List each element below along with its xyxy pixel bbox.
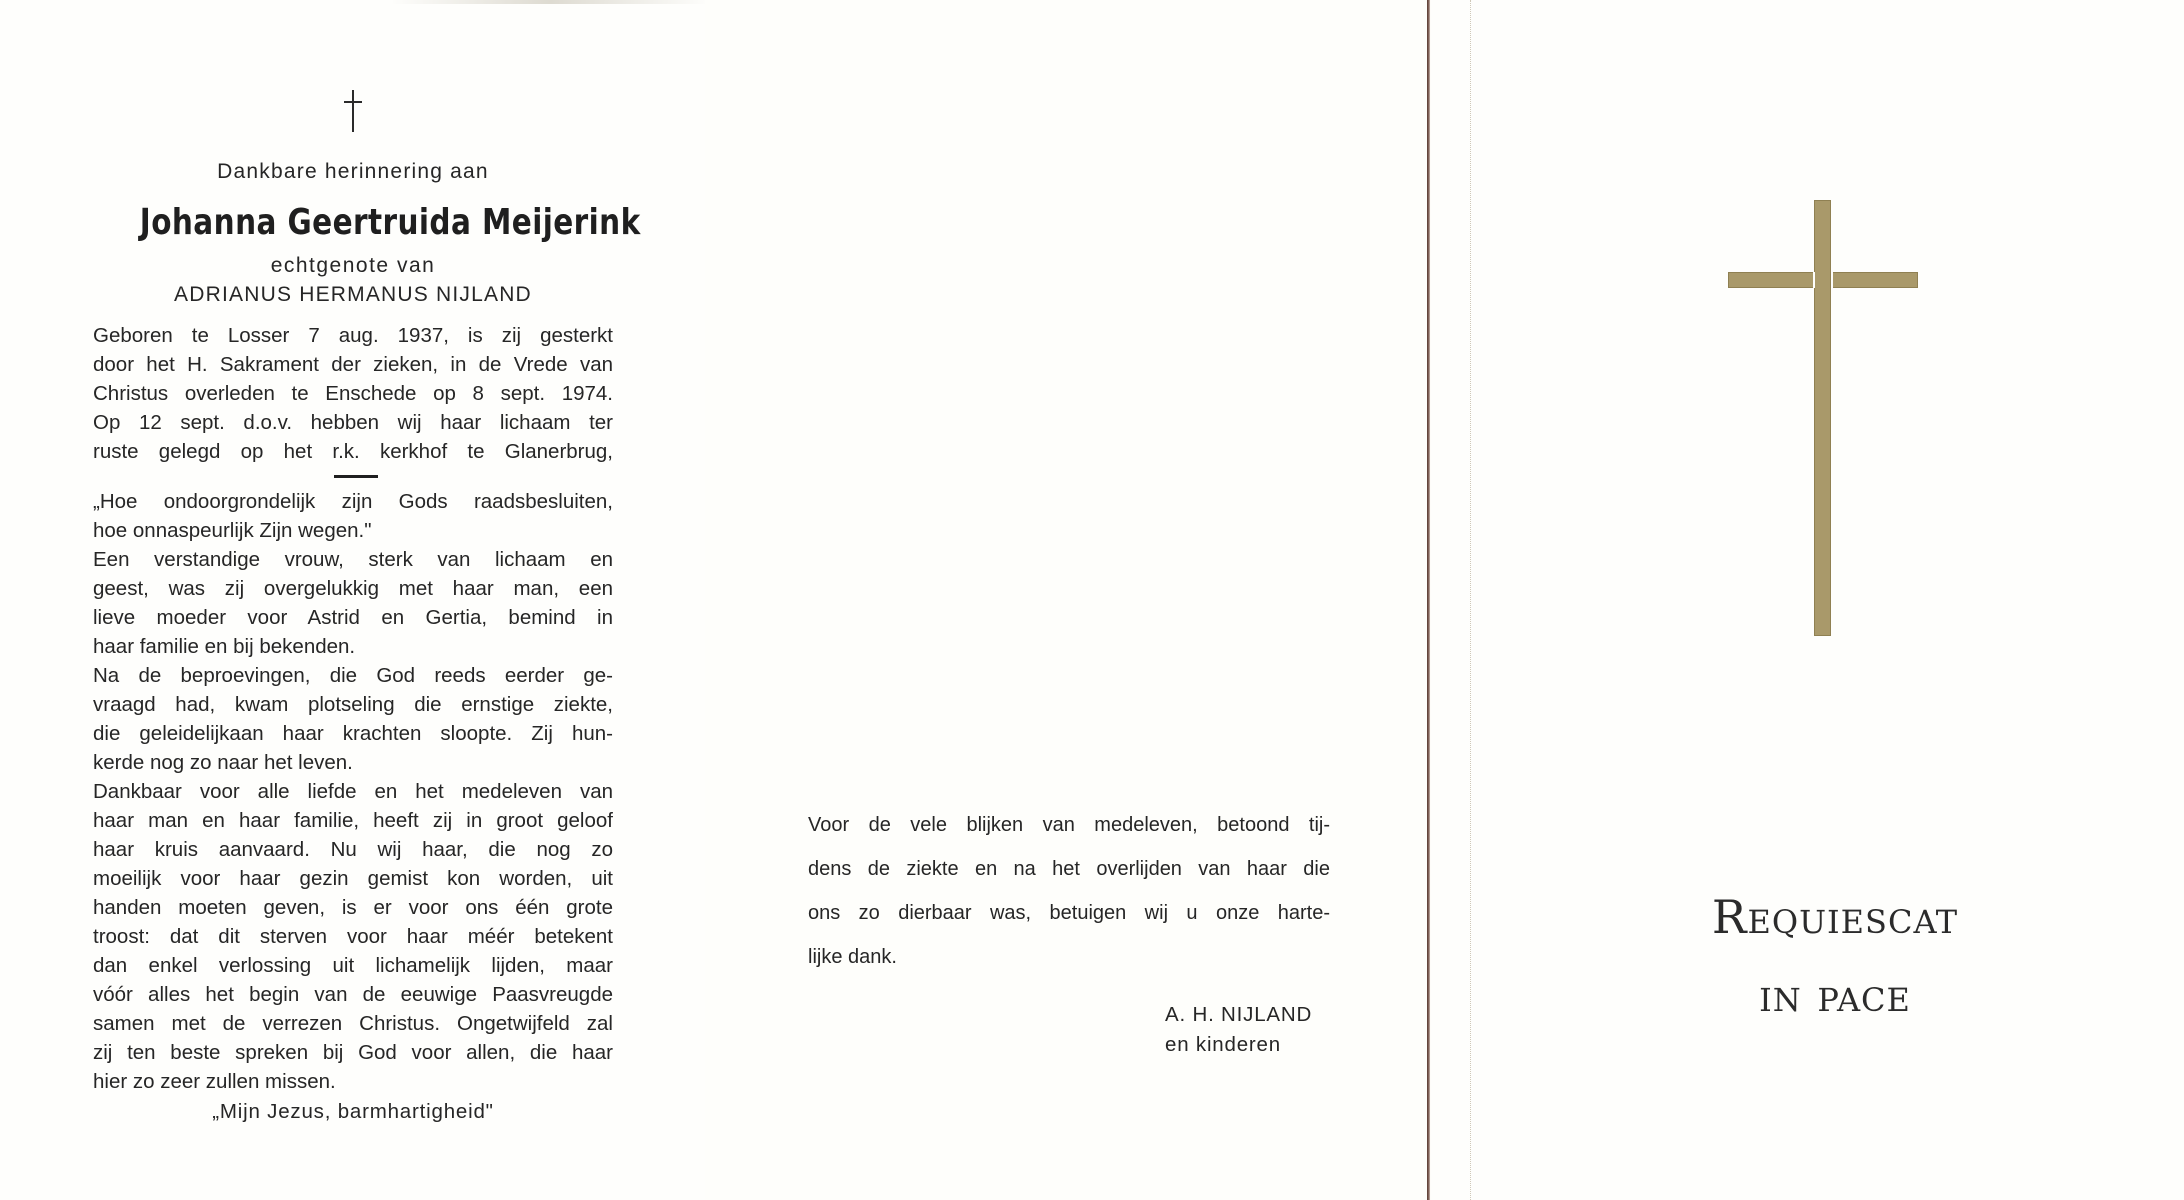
prayer-text: „Hoe ondoorgrondelijk zijn Gods raadsbes… bbox=[93, 487, 613, 1096]
scan-shadow bbox=[390, 0, 710, 4]
thanks-line: Voor de vele blijken van medeleven, beto… bbox=[808, 803, 1330, 847]
left-panel: Dankbare herinnering aan Johanna Geertru… bbox=[0, 0, 705, 1200]
perforation-line bbox=[1470, 0, 1471, 1200]
middle-panel bbox=[705, 0, 1428, 1200]
prayer-line: samen met de verrezen Christus. Ongetwij… bbox=[93, 1009, 613, 1038]
prayer-line: die geleidelijkaan haar krachten sloopte… bbox=[93, 719, 613, 748]
card-edge bbox=[1427, 0, 1430, 1200]
thanks-line: lijke dank. bbox=[808, 935, 1330, 979]
prayer-line: hoe onnaspeurlijk Zijn wegen." bbox=[93, 516, 613, 545]
gold-cross-icon bbox=[1728, 200, 1918, 636]
prayer-line: Na de beproevingen, die God reeds eerder… bbox=[93, 661, 613, 690]
cross-icon bbox=[341, 90, 365, 132]
prayer-line: Een verstandige vrouw, sterk van lichaam… bbox=[93, 545, 613, 574]
in-pace-title: in pace bbox=[1640, 968, 2030, 1022]
bio-line: Geboren te Losser 7 aug. 1937, is zij ge… bbox=[93, 321, 613, 350]
signature-family: en kinderen bbox=[1165, 1030, 1312, 1060]
bio-line: ruste gelegd op het r.k. kerkhof te Glan… bbox=[93, 437, 613, 466]
prayer-line: geest, was zij overgelukkig met haar man… bbox=[93, 574, 613, 603]
prayer-line: haar familie en bij bekenden. bbox=[93, 632, 613, 661]
bio-line: Op 12 sept. d.o.v. hebben wij haar licha… bbox=[93, 408, 613, 437]
spouse-name: ADRIANUS HERMANUS NIJLAND bbox=[93, 283, 613, 307]
bio-line: Christus overleden te Enschede op 8 sept… bbox=[93, 379, 613, 408]
prayer-line: vraagd had, kwam plotseling die ernstige… bbox=[93, 690, 613, 719]
prayer-line: dan enkel verlossing uit lichamelijk lij… bbox=[93, 951, 613, 980]
prayer-line: vóór alles het begin van de eeuwige Paas… bbox=[93, 980, 613, 1009]
prayer-line: „Hoe ondoorgrondelijk zijn Gods raadsbes… bbox=[93, 487, 613, 516]
prayer-line: zij ten beste spreken bij God voor allen… bbox=[93, 1038, 613, 1067]
thanks-line: dens de ziekte en na het overlijden van … bbox=[808, 847, 1330, 891]
intro-text: Dankbare herinnering aan bbox=[93, 160, 613, 184]
thanks-text: Voor de vele blijken van medeleven, beto… bbox=[808, 803, 1330, 979]
prayer-line: hier zo zeer zullen missen. bbox=[93, 1067, 613, 1096]
thanks-line: ons zo dierbaar was, betuigen wij u onze… bbox=[808, 891, 1330, 935]
closing-prayer: „Mijn Jezus, barmhartigheid" bbox=[93, 1100, 613, 1124]
signature-name: A. H. NIJLAND bbox=[1165, 1000, 1312, 1030]
prayer-line: haar man en haar familie, heeft zij in g… bbox=[93, 806, 613, 835]
prayer-line: handen moeten geven, is er voor ons één … bbox=[93, 893, 613, 922]
biography: Geboren te Losser 7 aug. 1937, is zij ge… bbox=[93, 321, 613, 466]
signature: A. H. NIJLAND en kinderen bbox=[1165, 1000, 1312, 1060]
separator-rule bbox=[334, 475, 378, 478]
prayer-line: kerde nog zo naar het leven. bbox=[93, 748, 613, 777]
prayer-line: Dankbaar voor alle liefde en het medelev… bbox=[93, 777, 613, 806]
requiescat-title: Requiescat bbox=[1640, 890, 2030, 944]
prayer-line: lieve moeder voor Astrid en Gertia, bemi… bbox=[93, 603, 613, 632]
prayer-line: troost: dat dit sterven voor haar méér b… bbox=[93, 922, 613, 951]
spouse-label: echtgenote van bbox=[93, 254, 613, 278]
bio-line: door het H. Sakrament der zieken, in de … bbox=[93, 350, 613, 379]
prayer-line: haar kruis aanvaard. Nu wij haar, die no… bbox=[93, 835, 613, 864]
prayer-line: moeilijk voor haar gezin gemist kon word… bbox=[93, 864, 613, 893]
deceased-name: Johanna Geertruida Meijerink bbox=[140, 202, 566, 243]
